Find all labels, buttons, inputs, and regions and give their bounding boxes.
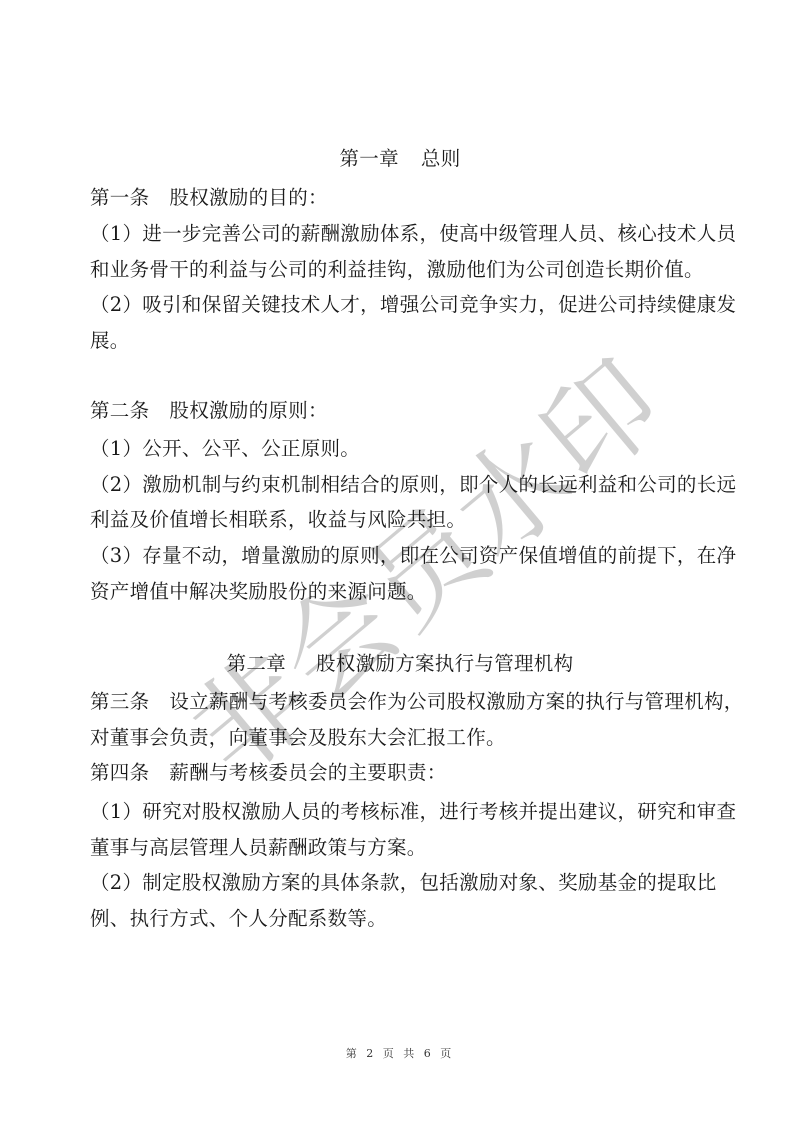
article-heading: 第二条股权激励的原则： (90, 399, 720, 423)
paragraph-line: 董事与高层管理人员薪酬政策与方案。 (90, 836, 720, 860)
article-title: 股权激励的目的： (169, 186, 327, 209)
page-number-footer: 第 2 页 共 6 页 (0, 1045, 800, 1061)
article-title: 薪酬与考核委员会的主要职责： (169, 761, 446, 784)
article-label: 第一条 (90, 186, 149, 209)
paragraph-line: （1）公开、公平、公正原则。 (90, 437, 720, 461)
paragraph-line: （3）存量不动，增量激励的原则，即在公司资产保值增值的前提下，在净 (90, 544, 720, 568)
chapter-label: 第二章 (227, 652, 286, 675)
article-label: 第三条 (90, 690, 149, 713)
paragraph-line: 利益及价值增长相联系，收益与风险共担。 (90, 508, 720, 532)
chapter-label: 第一章 (339, 147, 398, 170)
paragraph-line: （1）研究对股权激励人员的考核标准，进行考核并提出建议，研究和审查 (90, 800, 720, 824)
paragraph-line: 和业务骨干的利益与公司的利益挂钩，激励他们为公司创造长期价值。 (90, 258, 720, 282)
paragraph-line: （2）激励机制与约束机制相结合的原则，即个人的长远利益和公司的长远 (90, 473, 720, 497)
paragraph-line: 对董事会负责，向董事会及股东大会汇报工作。 (90, 726, 720, 750)
chapter-title: 股权激励方案执行与管理机构 (316, 652, 573, 675)
paragraph-line: （1）进一步完善公司的薪酬激励体系，使高中级管理人员、核心技术人员 (90, 222, 720, 246)
article-paragraph: 第三条设立薪酬与考核委员会作为公司股权激励方案的执行与管理机构， (90, 690, 720, 714)
paragraph-line: 展。 (90, 329, 720, 353)
article-heading: 第四条薪酬与考核委员会的主要职责： (90, 761, 720, 785)
article-label: 第二条 (90, 399, 149, 422)
paragraph-line: （2）制定股权激励方案的具体条款，包括激励对象、奖励基金的提取比 (90, 871, 720, 895)
article-label: 第四条 (90, 761, 149, 784)
paragraph-line: 资产增值中解决奖励股份的来源问题。 (90, 580, 720, 604)
chapter-heading: 第二章股权激励方案执行与管理机构 (0, 652, 800, 676)
chapter-title: 总则 (421, 147, 461, 170)
paragraph-line: （2）吸引和保留关键技术人才，增强公司竞争实力，促进公司持续健康发 (90, 293, 720, 317)
article-title: 股权激励的原则： (169, 399, 327, 422)
article-text: 设立薪酬与考核委员会作为公司股权激励方案的执行与管理机构， (169, 690, 743, 713)
document-page: 非会员水印 第一章总则 第一条股权激励的目的： （1）进一步完善公司的薪酬激励体… (0, 0, 800, 1131)
article-heading: 第一条股权激励的目的： (90, 186, 720, 210)
paragraph-line: 例、执行方式、个人分配系数等。 (90, 907, 720, 931)
chapter-heading: 第一章总则 (0, 147, 800, 171)
